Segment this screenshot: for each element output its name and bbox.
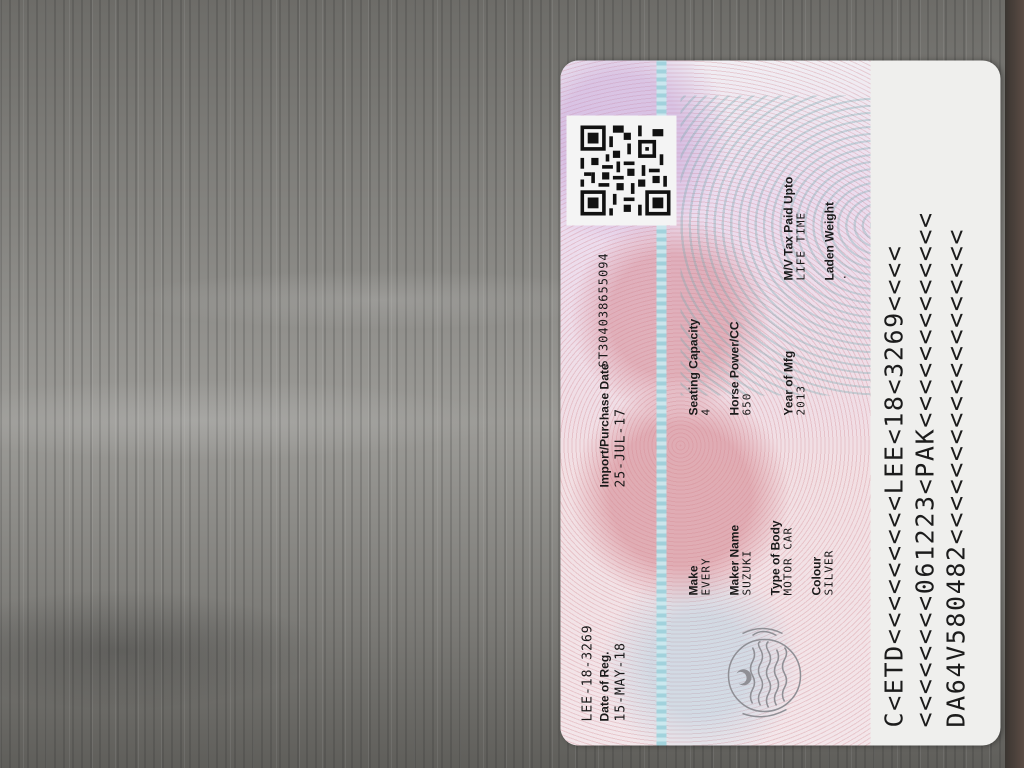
table-edge: [1005, 0, 1024, 768]
year-of-mfg-label: Year of Mfg: [782, 350, 795, 415]
qr-code-icon: [566, 115, 676, 225]
card-face: LEE-18-3269 Date of Reg. 15-MAY-18 Impor…: [560, 60, 1000, 745]
tax-paid-value: LIFE TIME: [795, 211, 807, 280]
colour-label: Colour: [810, 556, 823, 595]
date-of-reg-label: Date of Reg.: [598, 651, 611, 721]
make-value: EVERY: [700, 557, 712, 595]
mrz-line-2: <<<<<<<<061223<PAK<<<<<<<<<<<<<: [909, 67, 940, 727]
laden-weight-value: .: [836, 272, 848, 280]
vehicle-registration-card: LEE-18-3269 Date of Reg. 15-MAY-18 Impor…: [560, 60, 1000, 745]
import-date-label: Import/Purchase Date: [598, 363, 611, 487]
mrz-line-3: DA64V580482<<<<<<<<<<<<<<<<<<<: [940, 67, 971, 727]
make-label: Make: [687, 565, 700, 595]
seating-capacity-label: Seating Capacity: [687, 318, 700, 415]
tax-paid-label: M/V Tax Paid Upto: [782, 176, 795, 280]
maker-name-value: SUZUKI: [741, 549, 753, 595]
machine-readable-zone: C<ETD<<<<<<<<<LEE<18<3269<<<< <<<<<<<<06…: [878, 67, 971, 727]
seating-capacity-value: 4: [700, 407, 712, 415]
horse-power-value: 650: [741, 392, 753, 415]
serial-number: ST304038655094: [596, 252, 610, 367]
import-date-value: 25-JUL-17: [613, 408, 628, 487]
mrz-line-1: C<ETD<<<<<<<<<LEE<18<3269<<<<: [878, 67, 909, 727]
horse-power-label: Horse Power/CC: [728, 321, 741, 415]
guilloche-pattern: [680, 95, 870, 395]
body-type-label: Type of Body: [769, 520, 782, 595]
punjab-emblem-icon: [712, 623, 812, 723]
registration-number: LEE-18-3269: [580, 624, 595, 721]
colour-value: SILVER: [823, 549, 835, 595]
laden-weight-label: Laden Weight: [823, 202, 836, 280]
maker-name-label: Maker Name: [728, 524, 741, 595]
year-of-mfg-value: 2013: [795, 385, 807, 416]
date-of-reg-value: 15-MAY-18: [613, 642, 628, 721]
body-type-value: MOTOR CAR: [782, 526, 794, 595]
